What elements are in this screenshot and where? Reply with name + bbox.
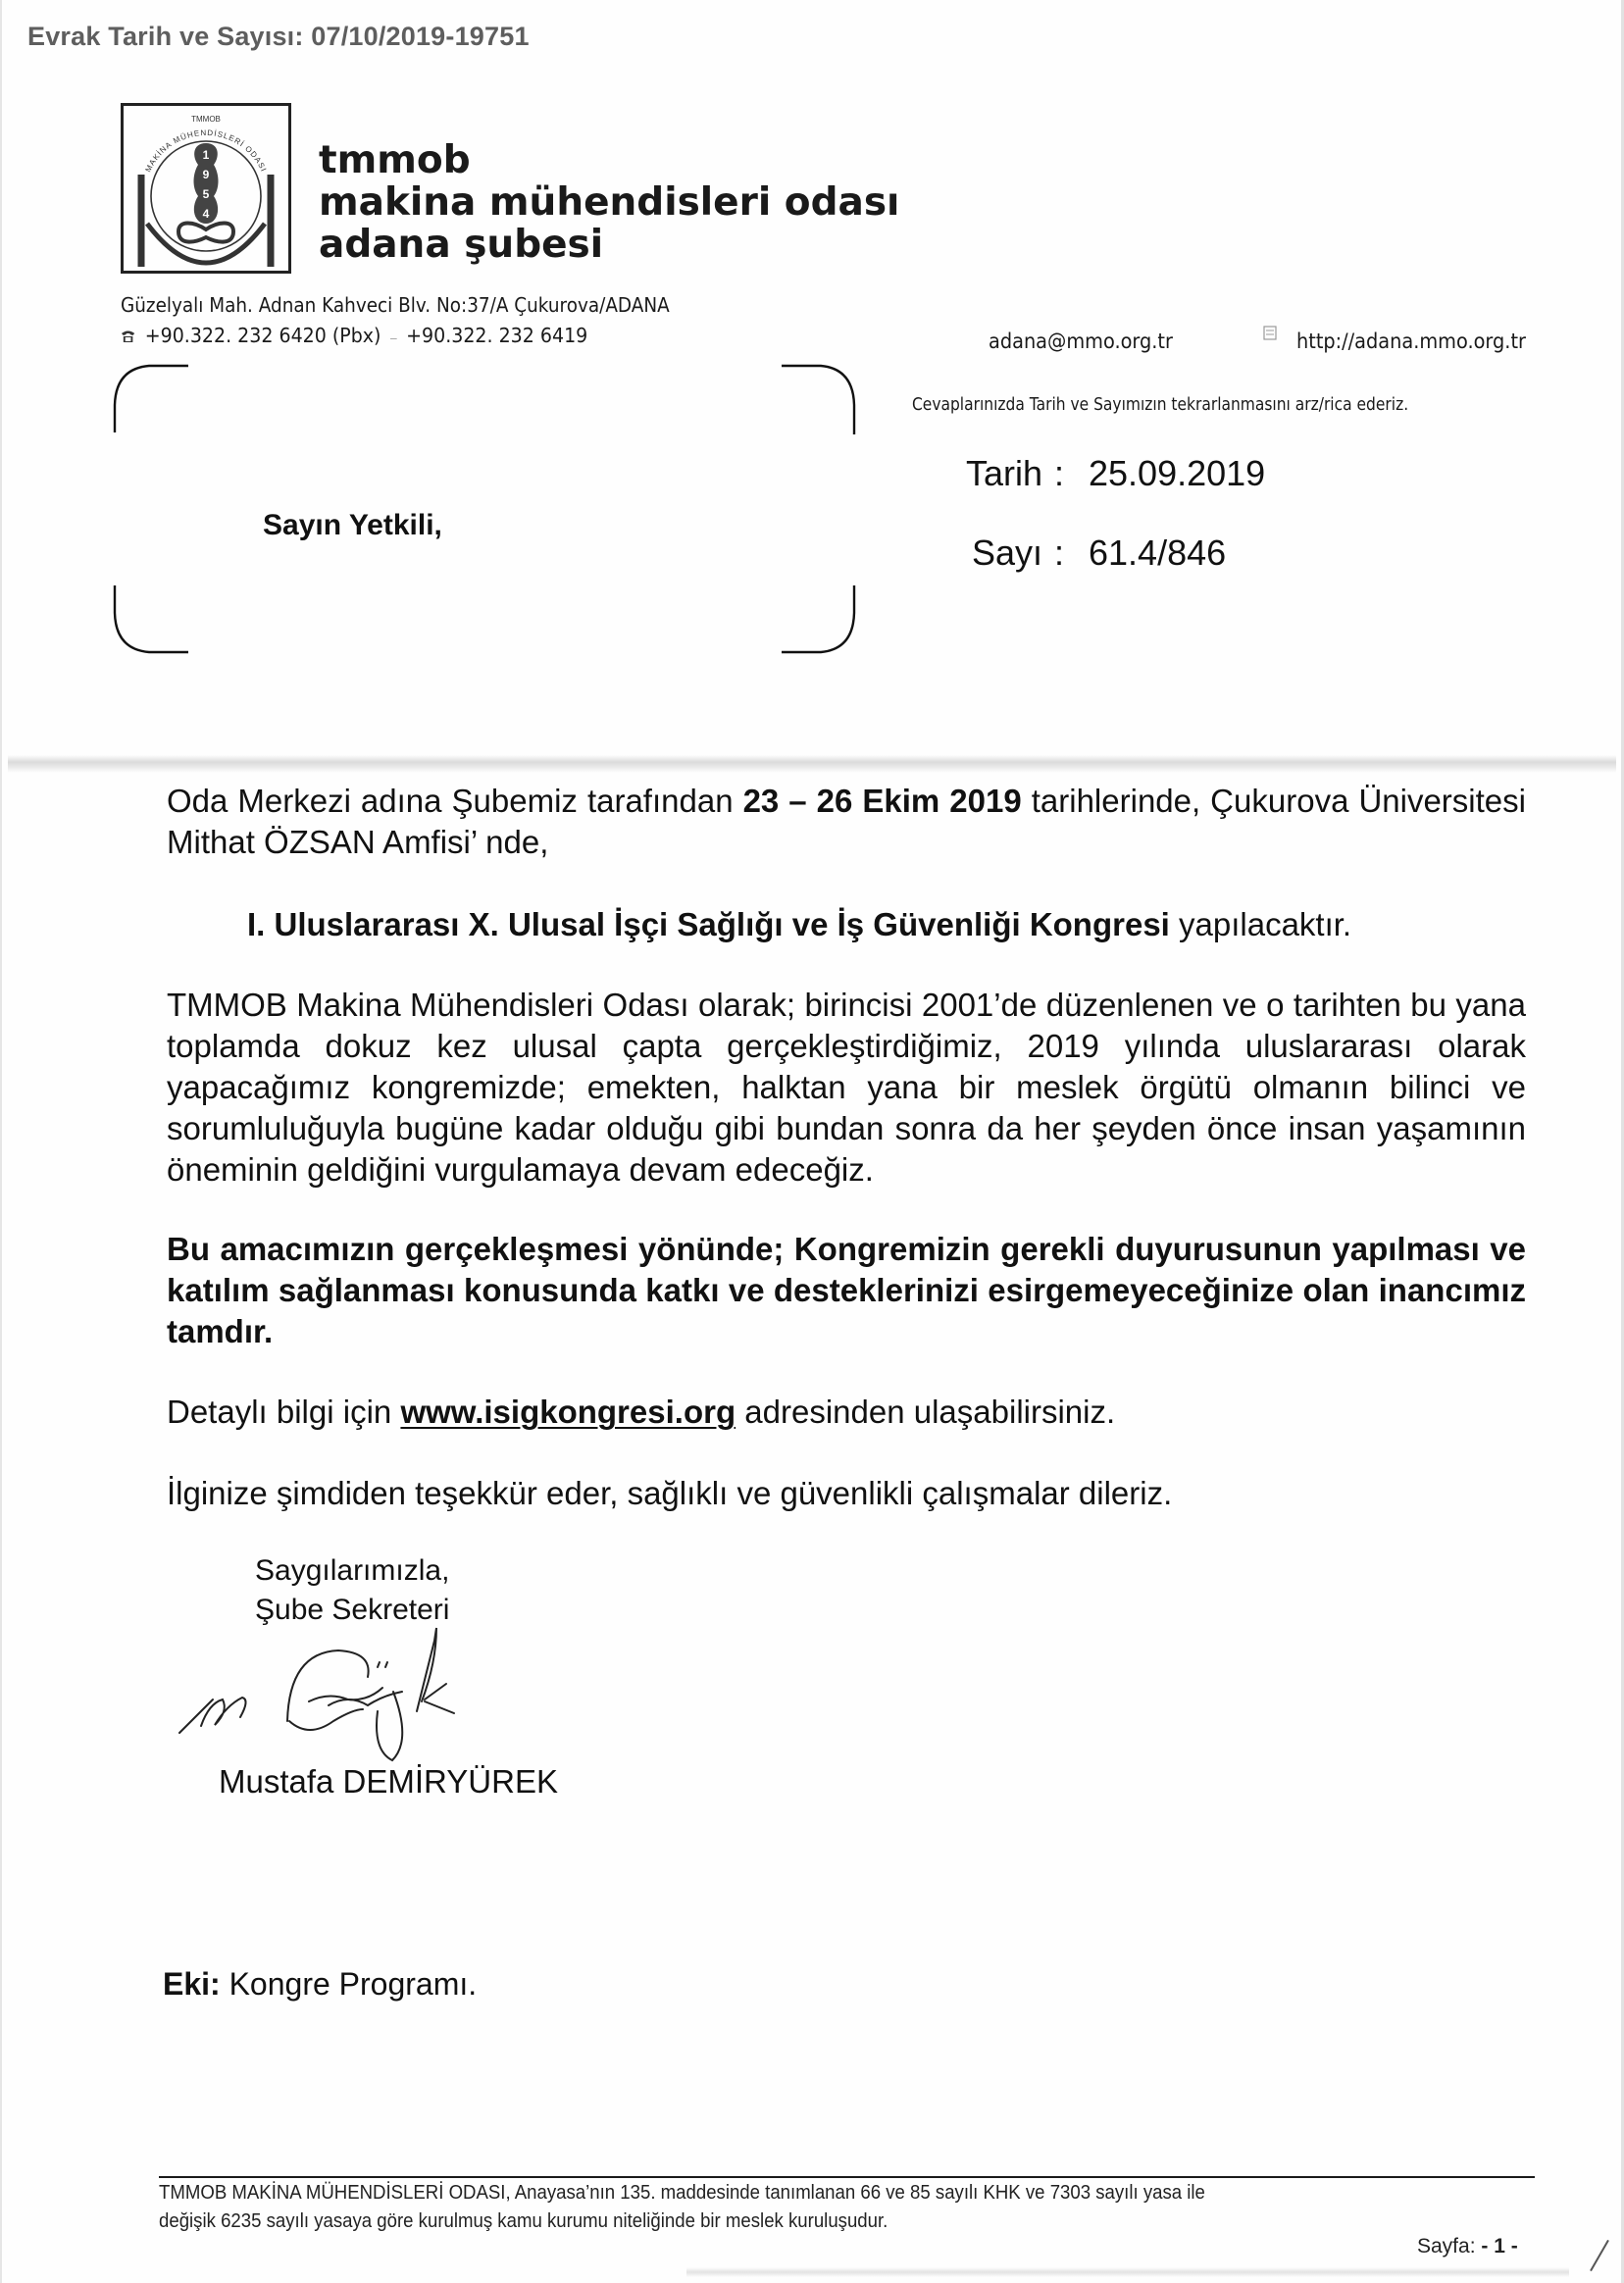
reference-date: Tarih:25.09.2019 [966, 453, 1265, 494]
recipient: Sayın Yetkili, [263, 509, 442, 542]
number-separator: : [1054, 533, 1089, 574]
web-icon [1263, 326, 1277, 341]
footer-line-2: değişik 6235 sayılı yasaya göre kurulmuş… [159, 2207, 1436, 2236]
fax-icon: ⎯ [390, 330, 397, 346]
page-value: - 1 - [1481, 2235, 1517, 2258]
mmo-emblem-icon: TMMOB MAKİNA MÜHENDİSLERİ ODASI 1 9 5 4 [124, 106, 288, 271]
phone-number: +90.322. 232 6420 (Pbx) [145, 324, 381, 347]
closing-block: Saygılarımızla, Şube Sekreteri [255, 1551, 449, 1630]
closing-salutation: Saygılarımızla, [255, 1551, 449, 1591]
date-separator: : [1054, 453, 1089, 494]
website-link[interactable]: http://adana.mmo.org.tr [1296, 330, 1526, 353]
congress-title-suffix: yapılacaktır. [1170, 906, 1351, 942]
mmo-logo: TMMOB MAKİNA MÜHENDİSLERİ ODASI 1 9 5 4 [121, 103, 291, 274]
scan-fold-mark [8, 755, 1616, 773]
signer-name: Mustafa DEMİRYÜREK [219, 1763, 558, 1801]
body-paragraph-request: Bu amacımızın gerçekleşmesi yönünde; Kon… [167, 1229, 1526, 1352]
congress-website-link[interactable]: www.isigkongresi.org [400, 1394, 736, 1430]
reply-instruction: Cevaplarınızda Tarih ve Sayımızın tekrar… [912, 394, 1408, 415]
letter-page: Evrak Tarih ve Sayısı: 07/10/2019-19751 … [0, 0, 1624, 2283]
attachment-value: Kongre Programı. [221, 1966, 477, 2002]
org-line-branch: adana şubesi [319, 224, 899, 266]
address-window-corner-top-left [110, 361, 193, 437]
body-paragraph-info: Detaylı bilgi için www.isigkongresi.org … [167, 1392, 1115, 1433]
fax-number: +90.322. 232 6419 [406, 324, 587, 347]
body-paragraph-congress-title: I. Uluslararası X. Ulusal İşçi Sağlığı v… [247, 904, 1351, 945]
handwritten-signature-icon [172, 1623, 584, 1770]
email-address[interactable]: adana@mmo.org.tr [989, 330, 1173, 353]
page-label: Sayfa: [1417, 2235, 1476, 2258]
date-value: 25.09.2019 [1089, 453, 1265, 493]
scan-edge-mark [686, 2267, 1569, 2277]
number-label: Sayı [972, 533, 1054, 574]
organization-name: tmmob makina mühendisleri odası adana şu… [319, 139, 899, 266]
number-value: 61.4/846 [1089, 533, 1226, 573]
info-text: Detaylı bilgi için [167, 1394, 400, 1430]
body-paragraph-event: Oda Merkezi adına Şubemiz tarafından 23 … [167, 781, 1526, 863]
svg-text:TMMOB: TMMOB [191, 115, 221, 124]
document-reference-stamp: Evrak Tarih ve Sayısı: 07/10/2019-19751 [27, 22, 530, 52]
footer-line-1: TMMOB MAKİNA MÜHENDİSLERİ ODASI, Anayasa… [159, 2179, 1436, 2207]
contact-phones: +90.322. 232 6420 (Pbx)⎯+90.322. 232 641… [121, 324, 587, 347]
address-window-corner-top-right [777, 361, 860, 439]
event-dates: 23 – 26 Ekim 2019 [743, 783, 1022, 819]
attachment-label: Eki: [163, 1966, 221, 2002]
reference-number: Sayı:61.4/846 [972, 533, 1226, 574]
org-line-tmmob: tmmob [319, 139, 899, 181]
org-line-chamber: makina mühendisleri odası [319, 181, 899, 224]
svg-text:9: 9 [203, 168, 210, 181]
footer-divider [159, 2176, 1535, 2178]
footer-legal-text: TMMOB MAKİNA MÜHENDİSLERİ ODASI, Anayasa… [159, 2179, 1436, 2236]
page-number: Sayfa: - 1 - [1417, 2235, 1518, 2258]
event-intro-text: Oda Merkezi adına Şubemiz tarafından [167, 783, 743, 819]
address-window-corner-bottom-right [777, 581, 860, 657]
body-paragraph-about: TMMOB Makina Mühendisleri Odası olarak; … [167, 985, 1526, 1191]
address-window-corner-bottom-left [110, 581, 193, 657]
info-text-suffix: adresinden ulaşabilirsiniz. [736, 1394, 1115, 1430]
scan-corner-mark [1590, 2240, 1609, 2271]
svg-text:5: 5 [203, 187, 210, 201]
body-paragraph-thanks: İlginize şimdiden teşekkür eder, sağlıkl… [167, 1473, 1172, 1514]
date-label: Tarih [966, 453, 1054, 494]
congress-title: I. Uluslararası X. Ulusal İşçi Sağlığı v… [247, 906, 1170, 942]
address: Güzelyalı Mah. Adnan Kahveci Blv. No:37/… [121, 293, 670, 317]
page-edge [0, 0, 2, 2283]
attachment-note: Eki: Kongre Programı. [163, 1966, 477, 2003]
svg-text:4: 4 [203, 207, 210, 221]
phone-icon [121, 330, 135, 343]
svg-text:1: 1 [203, 148, 210, 162]
